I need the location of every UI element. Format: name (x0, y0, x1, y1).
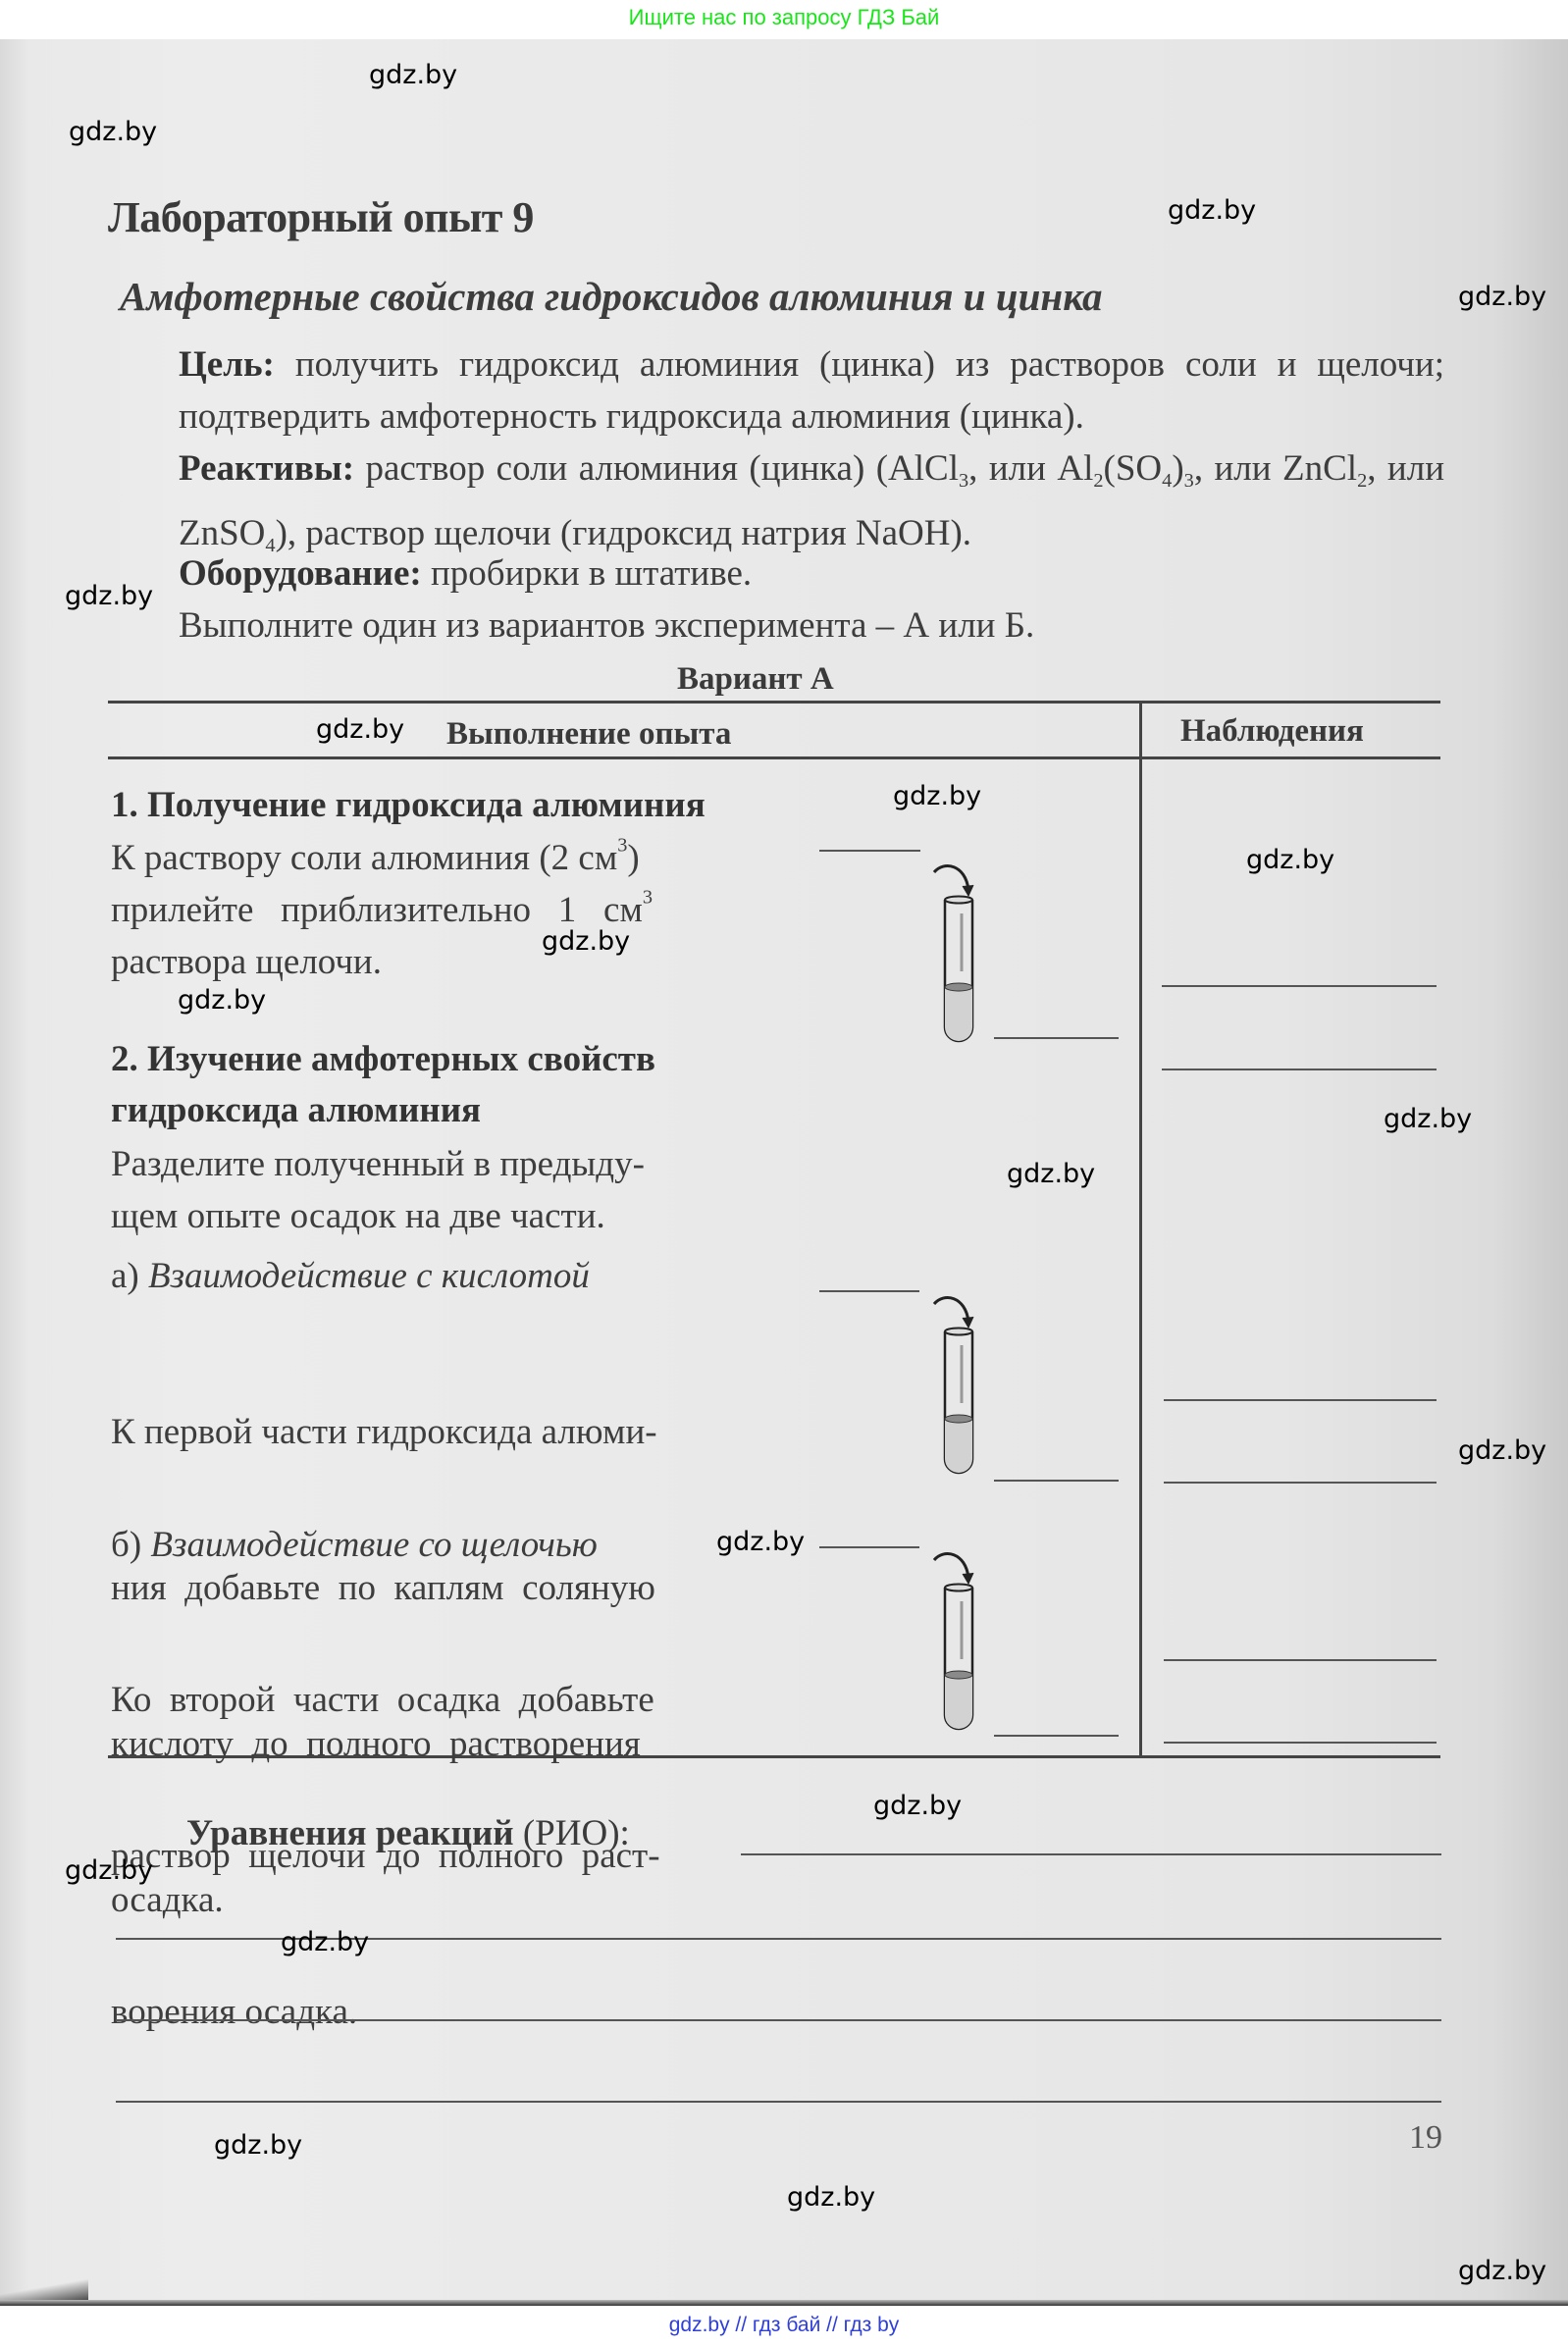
watermark: gdz.by (1384, 1105, 1472, 1134)
observation-line[interactable] (1162, 985, 1437, 987)
goal-label: Цель: (179, 344, 275, 385)
reagents-text: (SO (1104, 448, 1163, 489)
equipment-text: пробирки в штативе. (422, 553, 752, 594)
equations-label: Уравнения реакций (186, 1813, 514, 1853)
section-2a-heading: а) Взаимодействие с кислотой (111, 1250, 788, 1302)
observation-line[interactable] (1164, 1742, 1437, 1744)
section-2-heading-line: гидроксида алюминия (111, 1085, 655, 1136)
reagents-label: Реактивы: (179, 448, 354, 489)
page-title: Лабораторный опыт 9 (108, 192, 534, 242)
watermark: gdz.by (1168, 196, 1256, 226)
watermark: gdz.by (1007, 1160, 1095, 1189)
watermark: gdz.by (178, 986, 266, 1016)
column-header-procedure: Выполнение опыта (446, 716, 731, 753)
watermark: gdz.by (893, 782, 981, 811)
section-1-line: раствора щелочи. (111, 936, 798, 988)
goal-text: получить гидроксид алюминия (цинка) из р… (179, 344, 1444, 437)
subscript: 4 (1162, 470, 1172, 492)
watermark: gdz.by (787, 2183, 875, 2213)
section-2-text: Разделите полученный в предыду- щем опыт… (111, 1138, 788, 1242)
table-top-rule (108, 701, 1440, 704)
equation-line[interactable] (116, 2019, 1441, 2021)
answer-line[interactable] (994, 1735, 1119, 1737)
reagents-text: раствор соли алюминия (цинка) (AlCl (354, 448, 959, 489)
equation-line[interactable] (116, 2101, 1441, 2103)
watermark: gdz.by (716, 1528, 805, 1557)
section-2a-line: К первой части гидроксида алюми- (111, 1406, 788, 1458)
subscript: 2 (1093, 470, 1103, 492)
variant-title: Вариант А (677, 661, 834, 698)
section-2a-title: Взаимодействие с кислотой (148, 1256, 590, 1296)
section-1-text: К раствору соли алюминия (2 см3) прилейт… (111, 832, 798, 988)
subscript: 3 (959, 470, 968, 492)
section-2a-label: а) (111, 1256, 148, 1296)
answer-line[interactable] (819, 1546, 919, 1548)
watermark: gdz.by (1458, 283, 1546, 312)
section-2-heading: 2. Изучение амфотерных свойств гидроксид… (111, 1034, 655, 1136)
section-2b-heading: б) Взаимодействие со щелочью (111, 1519, 788, 1571)
section-2-line: щем опыте осадок на две части. (111, 1190, 788, 1242)
watermark: gdz.by (1458, 2257, 1546, 2286)
observation-line[interactable] (1162, 1069, 1437, 1070)
answer-line[interactable] (994, 1480, 1119, 1482)
watermark: gdz.by (1458, 1436, 1546, 1466)
watermark: gdz.by (316, 715, 404, 745)
subscript: 3 (1184, 470, 1194, 492)
watermark: gdz.by (65, 1856, 153, 1886)
observation-line[interactable] (1164, 1399, 1437, 1401)
observation-line[interactable] (1164, 1659, 1437, 1661)
test-tube-with-arrow-icon (922, 1546, 991, 1733)
top-banner[interactable]: Ищите нас по запросу ГДЗ Бай (0, 0, 1568, 39)
section-2b-title: Взаимодействие со щелочью (150, 1525, 597, 1565)
equipment-paragraph: Оборудование: пробирки в штативе. (179, 547, 1444, 600)
equations-suffix: (РИО): (514, 1813, 630, 1853)
page-subtitle: Амфотерные свойства гидроксидов алюминия… (120, 273, 1102, 320)
watermark: gdz.by (369, 61, 457, 90)
table-column-divider (1139, 703, 1142, 1758)
section-1-heading: 1. Получение гидроксида алюминия (111, 780, 706, 831)
page-number: 19 (1409, 2119, 1442, 2157)
instruction-text: Выполните один из вариантов эксперимента… (179, 600, 1444, 652)
watermark: gdz.by (214, 2131, 302, 2161)
watermark: gdz.by (65, 582, 153, 611)
section-2b-label: б) (111, 1525, 150, 1565)
column-header-observations: Наблюдения (1180, 713, 1364, 750)
watermark: gdz.by (1246, 846, 1334, 875)
observation-line[interactable] (1164, 1482, 1437, 1484)
section-2-heading-line: 2. Изучение амфотерных свойств (111, 1034, 655, 1085)
watermark: gdz.by (69, 118, 157, 147)
bottom-banner[interactable]: gdz.by // гдз бай // гдз by (0, 2306, 1568, 2346)
goal-paragraph: Цель: получить гидроксид алюминия (цинка… (110, 339, 1444, 443)
table-header-rule (108, 756, 1440, 759)
answer-line[interactable] (819, 1290, 919, 1292)
answer-line[interactable] (819, 850, 920, 852)
section-1-line: К раствору соли алюминия (2 см3) (111, 832, 798, 884)
subscript: 2 (1357, 470, 1367, 492)
section-2b-line: Ко второй части осадка добавьте (111, 1674, 788, 1726)
watermark: gdz.by (542, 927, 630, 957)
watermark: gdz.by (873, 1792, 962, 1821)
section-2-line: Разделите полученный в предыду- (111, 1138, 788, 1190)
test-tube-with-arrow-icon (922, 1290, 991, 1477)
equipment-label: Оборудование: (179, 553, 422, 594)
reagents-text: ) (1172, 448, 1183, 489)
reagents-text: , или Al (968, 448, 1093, 489)
equations-heading: Уравнения реакций (РИО): (186, 1812, 630, 1854)
equation-line[interactable] (741, 1853, 1441, 1855)
section-1-line: прилейте приблизительно 1 см3 (111, 884, 798, 936)
reagents-text: , или ZnCl (1194, 448, 1357, 489)
test-tube-with-arrow-icon (922, 859, 991, 1045)
watermark: gdz.by (281, 1928, 369, 1957)
section-2b-line: ворения осадка. (111, 1986, 788, 2038)
answer-line[interactable] (994, 1037, 1119, 1039)
